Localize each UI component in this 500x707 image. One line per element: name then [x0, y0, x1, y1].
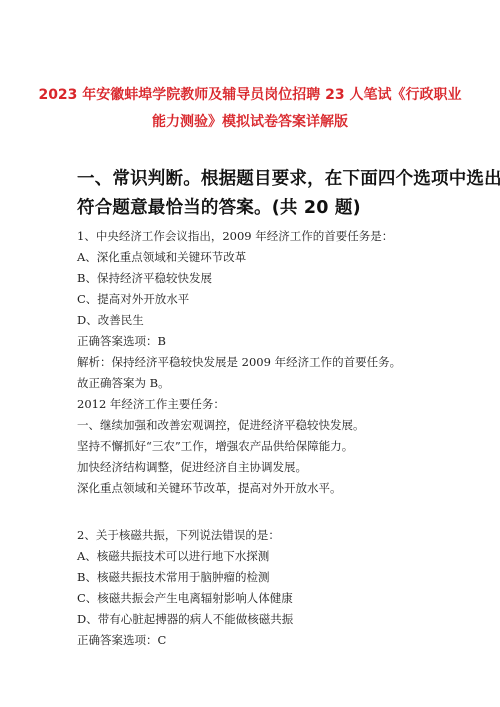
- analysis-line: 深化重点领域和关键环节改革，提高对外开放水平。: [77, 481, 342, 495]
- correct-answer: 正确答案选项：B: [77, 334, 166, 348]
- option-d: D、改善民生: [77, 313, 144, 327]
- document-title-line-1: 2023 年安徽蚌埠学院教师及辅导员岗位招聘 23 人笔试《行政职业: [0, 86, 500, 104]
- question-stem: 2、关于核磁共振，下列说法错误的是：: [77, 528, 280, 542]
- analysis-line: 故正确答案为 B。: [77, 376, 170, 390]
- option-c: C、核磁共振会产生电离辐射影响人体健康: [77, 591, 293, 605]
- analysis-line: 加快经济结构调整，促进经济自主协调发展。: [77, 460, 307, 474]
- option-b: B、保持经济平稳较快发展: [77, 271, 212, 285]
- option-a: A、深化重点领域和关键环节改革: [77, 250, 246, 264]
- option-a: A、核磁共振技术可以进行地下水探测: [77, 549, 269, 563]
- analysis-line: 解析：保持经济平稳较快发展是 2009 年经济工作的首要任务。: [77, 355, 401, 369]
- section-heading-line-1: 一、常识判断。根据题目要求，在下面四个选项中选出最: [77, 168, 500, 190]
- option-c: C、提高对外开放水平: [77, 292, 189, 306]
- analysis-line: 一、继续加强和改善宏观调控，促进经济平稳较快发展。: [77, 418, 365, 432]
- option-b: B、核磁共振技术常用于脑肿瘤的检测: [77, 570, 269, 584]
- section-heading-line-2: 符合题意最恰当的答案。(共 20 题): [77, 197, 361, 219]
- analysis-line: 坚持不懈抓好“三农”工作，增强农产品供给保障能力。: [77, 439, 353, 453]
- document-page: 2023 年安徽蚌埠学院教师及辅导员岗位招聘 23 人笔试《行政职业 能力测验》…: [0, 0, 500, 707]
- document-title-line-2: 能力测验》模拟试卷答案详解版: [0, 113, 500, 131]
- option-d: D、带有心脏起搏器的病人不能做核磁共振: [77, 612, 293, 626]
- correct-answer: 正确答案选项：C: [77, 633, 166, 647]
- question-stem: 1、中央经济工作会议指出，2009 年经济工作的首要任务是：: [77, 229, 393, 243]
- analysis-line: 2012 年经济工作主要任务：: [77, 397, 225, 411]
